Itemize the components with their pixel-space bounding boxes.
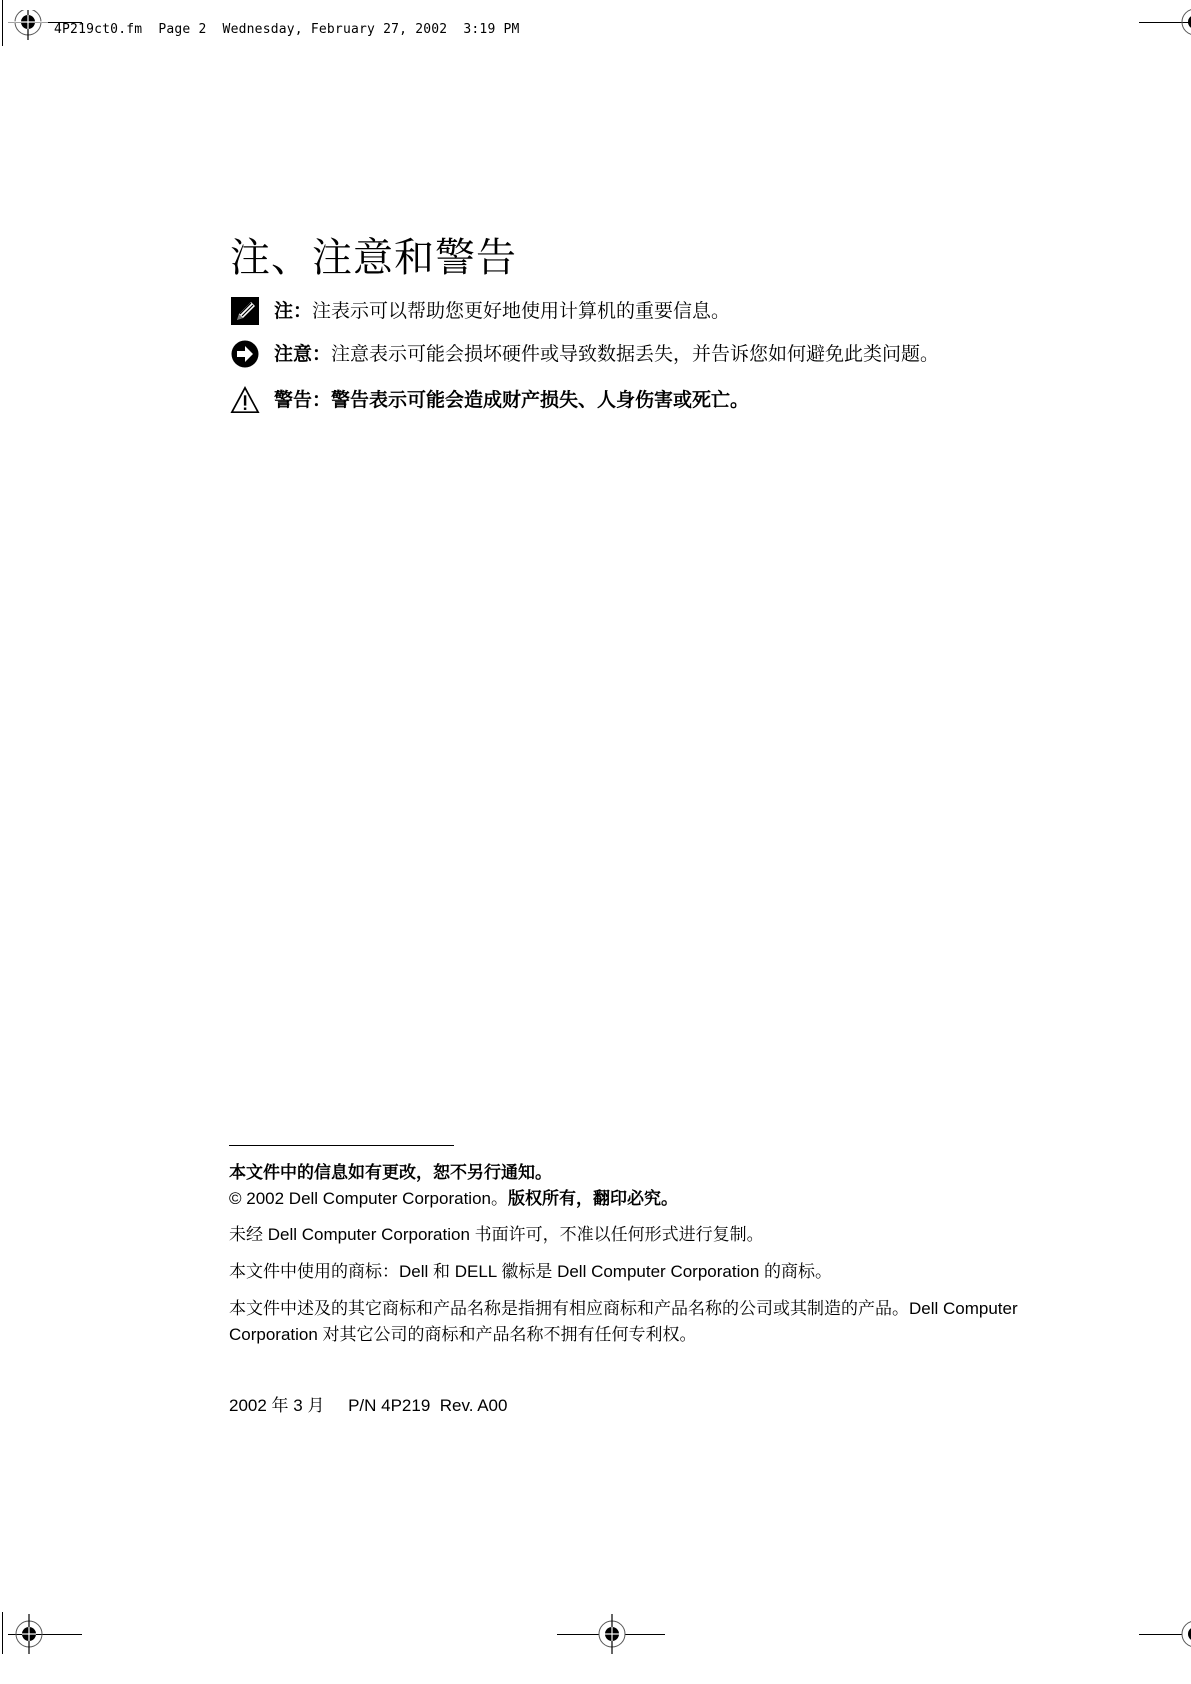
notice-label: 注意：: [274, 340, 331, 368]
warning-label: 警告：: [274, 386, 331, 414]
page-title: 注、注意和警告: [230, 226, 517, 283]
trademark-notice: 本文件中使用的商标：Dell 和 DELL 徽标是 Dell Computer …: [229, 1259, 1109, 1285]
publication-date: 2002 年 3 月: [229, 1396, 324, 1415]
note-label: 注：: [274, 297, 312, 325]
reproduction-notice: 未经 Dell Computer Corporation 书面许可，不准以任何形…: [229, 1222, 1109, 1248]
copyright-line: © 2002 Dell Computer Corporation。版权所有，翻印…: [229, 1186, 1109, 1212]
registration-mark-icon: [8, 10, 48, 50]
other-trademarks-notice: 本文件中述及的其它商标和产品名称是指拥有相应商标和产品名称的公司或其制造的产品。…: [229, 1296, 1099, 1348]
registration-mark-icon: [1175, 1614, 1191, 1654]
registration-mark-icon: [9, 1614, 49, 1654]
pencil-note-icon: [230, 296, 260, 326]
copyright-suffix: 版权所有，翻印必究。: [508, 1189, 678, 1209]
part-number: P/N 4P219 Rev. A00: [348, 1396, 507, 1415]
crop-mark-bottom-left: [2, 1612, 3, 1654]
note-row: 注： 注表示可以帮助您更好地使用计算机的重要信息。: [230, 296, 730, 326]
change-notice: 本文件中的信息如有更改，恕不另行通知。: [229, 1160, 1109, 1186]
footnote-divider: [229, 1145, 454, 1146]
crop-mark-top-left: [2, 0, 3, 46]
warning-text: 警告表示可能会造成财产损失、人身伤害或死亡。: [331, 386, 749, 414]
note-text: 注表示可以帮助您更好地使用计算机的重要信息。: [312, 297, 730, 325]
arrow-circle-icon: [230, 339, 260, 369]
warning-triangle-icon: [230, 385, 260, 415]
copyright-prefix: © 2002 Dell Computer Corporation。: [229, 1189, 508, 1208]
registration-mark-icon: [592, 1614, 632, 1654]
print-header-file-info: 4P219ct0.fm Page 2 Wednesday, February 2…: [54, 22, 520, 37]
publication-info: 2002 年 3 月 P/N 4P219 Rev. A00: [229, 1391, 507, 1416]
notice-text: 注意表示可能会损坏硬件或导致数据丢失，并告诉您如何避免此类问题。: [331, 340, 939, 368]
warning-row: 警告： 警告表示可能会造成财产损失、人身伤害或死亡。: [230, 385, 749, 415]
registration-mark-icon: [1175, 8, 1191, 48]
notice-row: 注意： 注意表示可能会损坏硬件或导致数据丢失，并告诉您如何避免此类问题。: [230, 339, 939, 369]
